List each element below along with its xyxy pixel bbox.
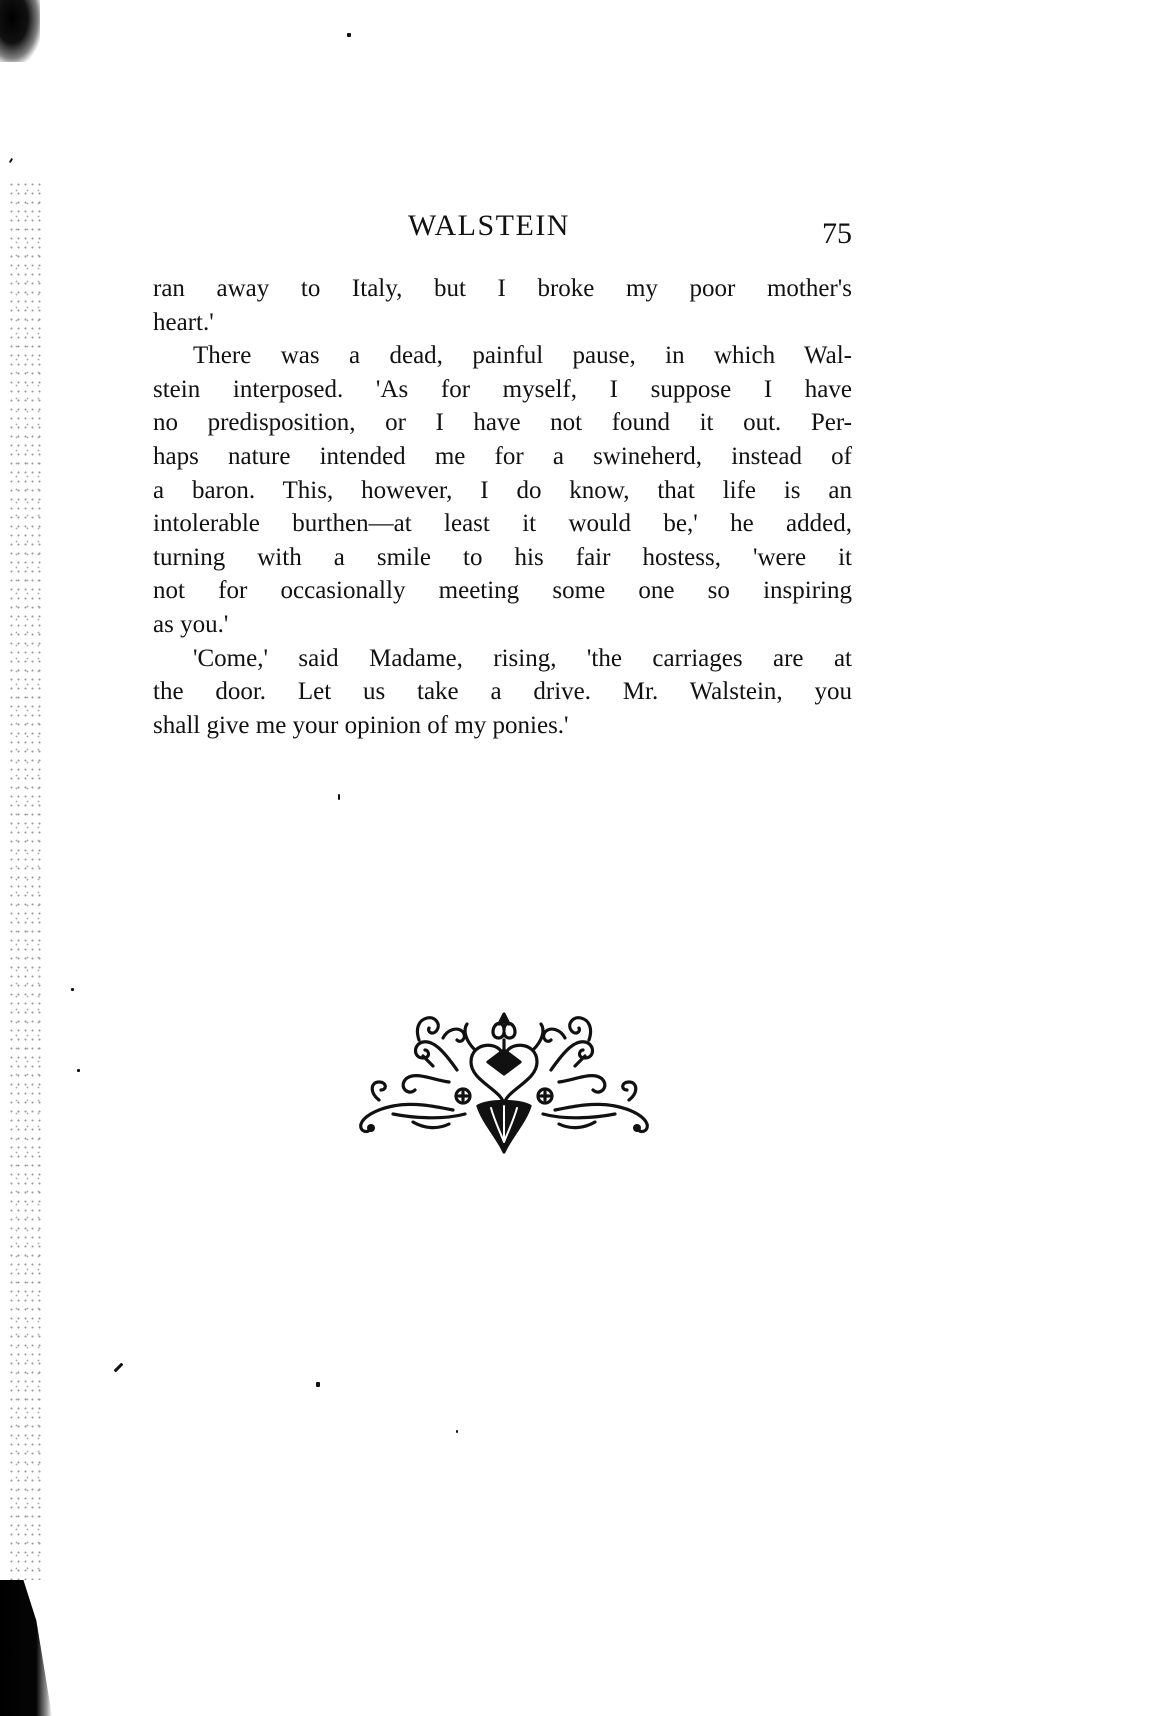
scan-speck	[456, 1430, 458, 1433]
scan-speck	[114, 1363, 124, 1373]
floral-tailpiece-ornament-icon	[353, 1010, 655, 1156]
book-page: WALSTEIN 75 ran away to Italy, but I bro…	[0, 0, 1162, 1716]
text-line: haps nature intended me for a swineherd,…	[153, 440, 852, 474]
running-head: WALSTEIN 75	[153, 208, 852, 252]
text-line: 'Come,' said Madame, rising, 'the carria…	[153, 642, 852, 676]
body-text: ran away to Italy, but I broke my poor m…	[153, 272, 852, 742]
page-number: 75	[822, 216, 852, 252]
text-line: the door. Let us take a drive. Mr. Walst…	[153, 675, 852, 709]
scan-speck	[9, 158, 13, 163]
text-line: not for occasionally meeting some one so…	[153, 574, 852, 608]
scan-speck	[316, 1382, 320, 1387]
text-line: shall give me your opinion of my ponies.…	[153, 709, 852, 743]
scan-speck	[347, 33, 351, 37]
text-line: as you.'	[153, 608, 852, 642]
scan-smudge-top-left	[0, 0, 40, 62]
text-line: There was a dead, painful pause, in whic…	[153, 339, 852, 373]
text-line: no predisposition, or I have not found i…	[153, 406, 852, 440]
text-line: ran away to Italy, but I broke my poor m…	[153, 272, 852, 306]
text-line: stein interposed. 'As for myself, I supp…	[153, 373, 852, 407]
scan-gutter-noise	[8, 180, 42, 1580]
scan-speck	[77, 1069, 80, 1072]
text-line: a baron. This, however, I do know, that …	[153, 474, 852, 508]
scan-speck	[338, 794, 340, 800]
text-line: heart.'	[153, 306, 852, 340]
running-head-title: WALSTEIN	[408, 208, 570, 244]
scan-speck	[71, 988, 74, 991]
text-line: intolerable burthen—at least it would be…	[153, 507, 852, 541]
text-line: turning with a smile to his fair hostess…	[153, 541, 852, 575]
scan-smudge-bottom-left	[0, 1580, 52, 1716]
